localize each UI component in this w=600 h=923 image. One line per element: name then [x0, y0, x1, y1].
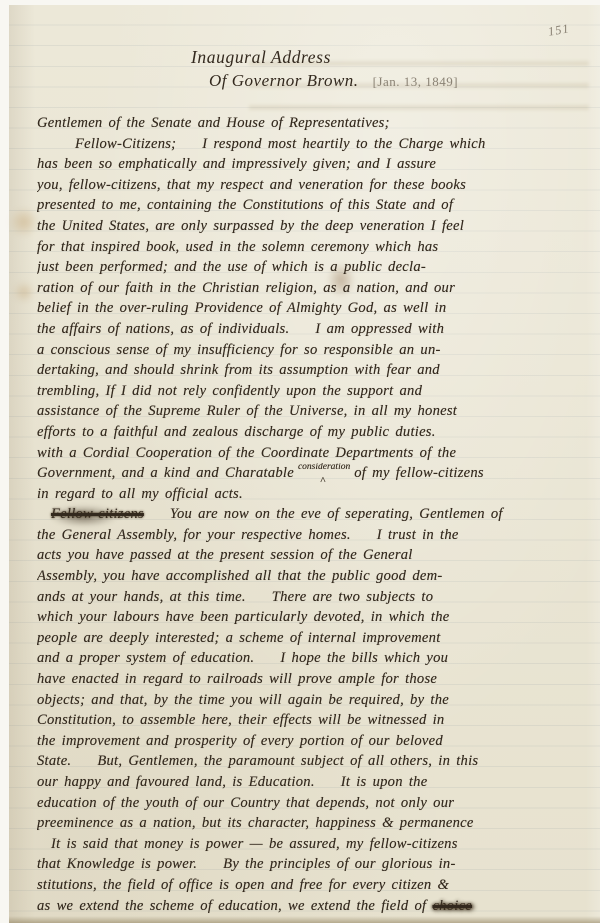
manuscript-line: objects; and that, by the time you will … — [37, 690, 590, 711]
manuscript-line: our happy and favoured land, is Educatio… — [37, 772, 590, 793]
handwritten-text: a conscious sense of my insufficiency fo… — [37, 342, 441, 358]
manuscript-line: the affairs of nations, as of individual… — [37, 319, 590, 340]
manuscript-line: Assembly, you have accomplished all that… — [37, 566, 590, 587]
date-annotation: [Jan. 13, 1849] — [373, 74, 459, 89]
manuscript-line: dertaking, and should shrink from its as… — [37, 360, 590, 381]
manuscript-line: Gentlemen of the Senate and House of Rep… — [37, 113, 590, 134]
manuscript-line: Fellow-citizensYou are now on the eve of… — [37, 504, 590, 525]
handwritten-text: ration of our faith in the Christian rel… — [37, 280, 455, 296]
handwritten-text: It is upon the — [341, 774, 428, 790]
manuscript-lines: Gentlemen of the Senate and House of Rep… — [37, 113, 590, 916]
handwritten-text: efforts to a faithful and zealous discha… — [37, 424, 436, 440]
manuscript-line: ration of our faith in the Christian rel… — [37, 278, 590, 299]
manuscript-line: have enacted in regard to railroads will… — [37, 669, 590, 690]
manuscript-line: presented to me, containing the Constitu… — [37, 195, 590, 216]
handwritten-text: for that inspired book, used in the sole… — [37, 239, 438, 255]
handwritten-text: You are now on the eve of seperating, Ge… — [170, 506, 503, 522]
handwritten-text: education of the youth of our Country th… — [37, 795, 454, 811]
handwritten-text: State. — [37, 753, 71, 769]
inserted-word: consideration — [298, 463, 350, 472]
document-subtitle: Of Governor Brown.[Jan. 13, 1849] — [9, 69, 600, 93]
handwritten-text: our happy and favoured land, is Educatio… — [37, 774, 315, 790]
handwritten-text: belief in the over-ruling Providence of … — [37, 300, 446, 316]
handwritten-text: as we extend the scheme of education, we… — [37, 898, 432, 914]
manuscript-line: education of the youth of our Country th… — [37, 793, 590, 814]
handwritten-text: ands at your hands, at this time. — [37, 589, 246, 605]
manuscript-line: the General Assembly, for your respectiv… — [37, 525, 590, 546]
handwritten-text: of my fellow-citizens — [354, 465, 484, 481]
handwritten-text: the United States, are only surpassed by… — [37, 218, 464, 234]
handwritten-text: has been so emphatically and impressivel… — [37, 156, 436, 172]
manuscript-line: and a proper system of education.I hope … — [37, 648, 590, 669]
manuscript-line: people are deeply interested; a scheme o… — [37, 628, 590, 649]
handwritten-text: dertaking, and should shrink from its as… — [37, 362, 440, 378]
handwritten-text: the improvement and prosperity of every … — [37, 733, 443, 749]
handwritten-text: which your labours have been particularl… — [37, 609, 449, 625]
manuscript-line: assistance of the Supreme Ruler of the U… — [37, 401, 590, 422]
handwritten-text: the affairs of nations, as of individual… — [37, 321, 289, 337]
handwritten-text: Government, and a kind and Charatable — [37, 465, 294, 481]
handwritten-text: that Knowledge is power. — [37, 856, 197, 872]
manuscript-line: stitutions, the field of office is open … — [37, 875, 590, 896]
handwritten-text: objects; and that, by the time you will … — [37, 692, 449, 708]
handwritten-text: Gentlemen of the Senate and House of Rep… — [37, 115, 390, 131]
handwritten-text: people are deeply interested; a scheme o… — [37, 630, 441, 646]
handwritten-text: But, Gentlemen, the paramount subject of… — [97, 753, 478, 769]
manuscript-line: It is said that money is power — be assu… — [37, 834, 590, 855]
document-title: Inaugural Address — [9, 45, 600, 69]
manuscript-line: as we extend the scheme of education, we… — [37, 896, 590, 917]
manuscript-line: acts you have passed at the present sess… — [37, 545, 590, 566]
struck-out-text: Fellow-citizens — [51, 506, 144, 522]
handwritten-text: in regard to all my official acts. — [37, 486, 243, 502]
handwritten-text: the General Assembly, for your respectiv… — [37, 527, 351, 543]
handwritten-text: I am oppressed with — [315, 321, 444, 337]
manuscript-line: you, fellow-citizens, that my respect an… — [37, 175, 590, 196]
handwritten-text: I hope the bills which you — [280, 650, 448, 666]
handwritten-text: Assembly, you have accomplished all that… — [37, 568, 443, 584]
manuscript-line: efforts to a faithful and zealous discha… — [37, 422, 590, 443]
document-subtitle-text: Of Governor Brown. — [209, 71, 359, 90]
handwritten-text: and a proper system of education. — [37, 650, 254, 666]
manuscript-page: 151 Inaugural Address Of Governor Brown.… — [9, 5, 600, 923]
struck-out-text: choice — [432, 898, 472, 914]
handwritten-text: There are two subjects to — [272, 589, 434, 605]
handwritten-text: assistance of the Supreme Ruler of the U… — [37, 403, 457, 419]
manuscript-line: which your labours have been particularl… — [37, 607, 590, 628]
handwritten-text: Fellow-Citizens; — [75, 136, 176, 152]
manuscript-line: ands at your hands, at this time.There a… — [37, 587, 590, 608]
title-block: Inaugural Address Of Governor Brown.[Jan… — [9, 45, 600, 93]
manuscript-line: that Knowledge is power.By the principle… — [37, 854, 590, 875]
manuscript-line: the improvement and prosperity of every … — [37, 731, 590, 752]
manuscript-line: just been performed; and the use of whic… — [37, 257, 590, 278]
manuscript-line: in regard to all my official acts. — [37, 484, 590, 505]
handwritten-text: I respond most heartily to the Charge wh… — [202, 136, 485, 152]
manuscript-line: has been so emphatically and impressivel… — [37, 154, 590, 175]
handwritten-text: have enacted in regard to railroads will… — [37, 671, 437, 687]
handwritten-text: you, fellow-citizens, that my respect an… — [37, 177, 466, 193]
handwritten-text: with a Cordial Cooperation of the Coordi… — [37, 445, 456, 461]
manuscript-line: belief in the over-ruling Providence of … — [37, 298, 590, 319]
manuscript-line: Government, and a kind and Charatablecon… — [37, 463, 590, 484]
fox-spot — [13, 281, 35, 303]
handwritten-text: stitutions, the field of office is open … — [37, 877, 449, 893]
handwritten-text: trembling, If I did not rely confidently… — [37, 383, 422, 399]
handwritten-text: Constitution, to assemble here, their ef… — [37, 712, 444, 728]
manuscript-line: a conscious sense of my insufficiency fo… — [37, 340, 590, 361]
manuscript-line: State.But, Gentlemen, the paramount subj… — [37, 751, 590, 772]
manuscript-line: with a Cordial Cooperation of the Coordi… — [37, 443, 590, 464]
handwritten-text: acts you have passed at the present sess… — [37, 547, 413, 563]
handwritten-text: just been performed; and the use of whic… — [37, 259, 426, 275]
handwritten-text: preeminence as a nation, but its charact… — [37, 815, 474, 831]
manuscript-line: trembling, If I did not rely confidently… — [37, 381, 590, 402]
manuscript-line: Constitution, to assemble here, their ef… — [37, 710, 590, 731]
manuscript-line: Fellow-Citizens;I respond most heartily … — [37, 134, 590, 155]
manuscript-photo: 151 Inaugural Address Of Governor Brown.… — [0, 0, 600, 923]
handwritten-text: I trust in the — [377, 527, 459, 543]
manuscript-line: preeminence as a nation, but its charact… — [37, 813, 590, 834]
manuscript-line: for that inspired book, used in the sole… — [37, 237, 590, 258]
handwritten-text: presented to me, containing the Constitu… — [37, 197, 453, 213]
handwritten-text: By the principles of our glorious in- — [223, 856, 455, 872]
handwritten-text: It is said that money is power — be assu… — [51, 836, 458, 852]
manuscript-line: the United States, are only surpassed by… — [37, 216, 590, 237]
page-number: 151 — [547, 21, 571, 40]
fox-spot — [9, 207, 39, 237]
